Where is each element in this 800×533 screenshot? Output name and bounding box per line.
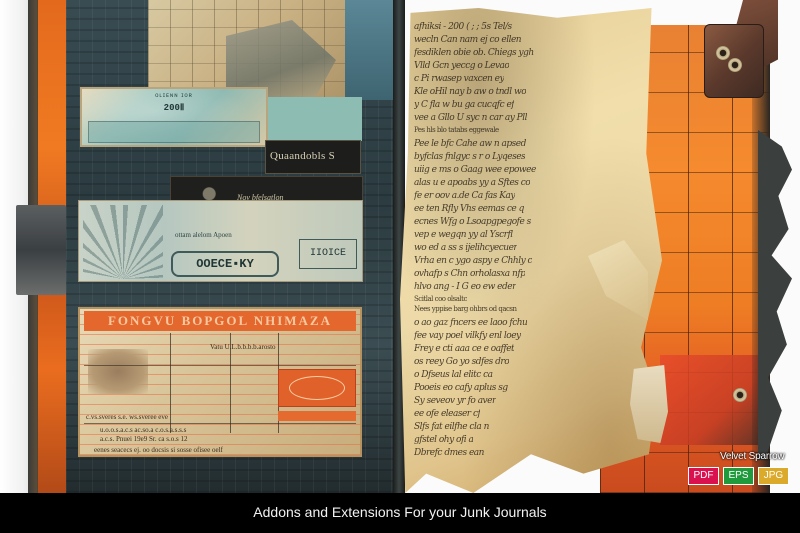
letter-line: Vrha en c ygo aspy e Chhly c: [414, 256, 532, 265]
stain: [88, 349, 148, 394]
letter-line: o ao gaz fncers ee laoo fchu: [414, 318, 527, 327]
torn-dark-edge: [758, 130, 792, 460]
eps-badge: EPS: [723, 467, 754, 485]
letter-line: alas u e apoabs yy a Sftes co: [414, 178, 530, 187]
black-label: Quaandobls S: [265, 140, 361, 174]
caption-bar: Addons and Extensions For your Junk Jour…: [0, 493, 800, 533]
letter-line: Sy seveov yr fo aver: [414, 396, 496, 405]
letter-line: gfstel ohy ofi a: [414, 435, 473, 444]
black-label-text: Quaandobls S: [270, 150, 335, 162]
letter-line: os reey Go yo sdfes dro: [414, 357, 509, 366]
ticket-row: Vatu U.L.b.b.b.b.arosto: [210, 343, 276, 351]
teal-ticket-band: [88, 121, 260, 143]
letter-line: Pes hls blo tatabs eggewale: [414, 126, 499, 135]
letter-line: wo ed a ss s ijelihcyecuer: [414, 243, 517, 252]
letter-line: ecnes Wfg o Lsoapgpegofe s: [414, 217, 531, 226]
letter-line: Slfs fat eilfhe cla n: [414, 422, 489, 431]
eyelet-icon: [716, 46, 730, 60]
letter-line: vep e wegqn yy al Yscrfl: [414, 230, 513, 239]
divider: [84, 365, 356, 366]
letter-line: Dbrefc dmes ean: [414, 448, 484, 457]
ticket-row: c.vs.sveres s.e. ws.sveree eve: [86, 413, 168, 421]
spine-metal-clip: [16, 205, 66, 295]
letter-line: vee a Gllo U syc n car ay Pll: [414, 113, 527, 122]
divider: [84, 423, 356, 424]
letter-line: Nees yppise barg ohbrs od qacsn: [414, 305, 517, 314]
letter-line: ee ten Rfly Vhs eemas ce q: [414, 204, 524, 213]
orange-ticket: FONGVU BOPGOL NHIMAZA Vatu U.L.b.b.b.b.a…: [78, 307, 362, 457]
letter-line: byfclas fnlgyc s r o Lyqeses: [414, 152, 525, 161]
letter-line: ovhafp s Chn orholasxa nfp: [414, 269, 525, 278]
caption-text: Addons and Extensions For your Junk Jour…: [0, 504, 800, 520]
letter-line: hlvo ang - I G eo ew eder: [414, 282, 516, 291]
ticket-row: u.o.o.s.a.c.s ac.so.a c.o.s.a.s.s.s: [100, 426, 186, 434]
teal-paper-scrap: [345, 0, 395, 100]
letter-line: Pooeis eo cafy aplus sg: [414, 383, 508, 392]
teal-block: [268, 97, 362, 141]
letter-line: afhiksi - 200 ( ; ; 5s Tel/s: [414, 22, 512, 31]
stamp-oval-left: OOECE▪KY: [171, 251, 279, 277]
eyelet-icon: [733, 388, 747, 402]
ornament-stamp: [83, 205, 163, 279]
format-badges: PDF EPS JPG: [688, 467, 789, 485]
letter-line: y C fla w bu ga cucqfc ef: [414, 100, 514, 109]
stamps-strip: ottam alelom Apoen OOECE▪KY IIOICE: [78, 200, 363, 282]
orange-strip: [278, 411, 356, 421]
letter-line: fee vay poel vilkfy enl loey: [414, 331, 521, 340]
oval-emblem: [289, 376, 345, 400]
stamp-right-text: IIOICE: [300, 240, 356, 268]
teal-ticket-header: ᴏʟɪᴇɴɴ ɪᴏʀ: [82, 93, 266, 99]
letter-line: ee ofe eleaser cf: [414, 409, 480, 418]
letter-line: fesdiklen obie ob. Chiegs ygh: [414, 48, 534, 57]
collage-image: ᴏʟɪᴇɴɴ ɪᴏʀ 200Ⅱ Quaandobls S Nov bfelsat…: [0, 0, 800, 493]
stamps-small-text: ottam alelom Apoen: [175, 231, 232, 239]
jpg-badge: JPG: [758, 467, 789, 485]
letter-line: c Pi rwasep vaxcen ey: [414, 74, 504, 83]
letter-line: fe er oov a.de Ca fas Kay: [414, 191, 515, 200]
stamp-left-text: OOECE▪KY: [173, 253, 277, 275]
stamp-box-right: IIOICE: [299, 239, 357, 269]
eyelet-icon: [728, 58, 742, 72]
letter-line: o Dfseus lal elitc ca: [414, 370, 493, 379]
pdf-badge: PDF: [688, 467, 719, 485]
teal-ticket: ᴏʟɪᴇɴɴ ɪᴏʀ 200Ⅱ: [80, 87, 268, 147]
letter-line: Frey e cti aaa ce e oaffet: [414, 344, 514, 353]
ticket-row: eenes seacecs ej. oo docsis si sosse ofi…: [94, 446, 223, 454]
orange-ticket-title: FONGVU BOPGOL NHIMAZA: [84, 311, 356, 331]
letter-line: Kle oHil nay b aw o tndl wo: [414, 87, 526, 96]
letter-line: Pee le bfc Cahe aw n apsed: [414, 139, 526, 148]
brand-watermark: Velvet Sparrow: [720, 451, 784, 462]
divider: [170, 333, 171, 433]
orange-stamp-box: [278, 369, 356, 407]
letter-line: Vlld Gcn yeccg o Levao: [414, 61, 509, 70]
orange-ticket-header: FONGVU BOPGOL NHIMAZA: [84, 311, 356, 331]
letter-line: uiig e ms o Gaag wee epowee: [414, 165, 536, 174]
letter-line: wecln Can nam ej co ellen: [414, 35, 521, 44]
letter-line: Scitlal coo olsaltc: [414, 295, 467, 304]
teal-ticket-number: 200Ⅱ: [82, 103, 266, 113]
ticket-row: a.c.s. Pnuei 19e9 Sr. ca s.o.s 12: [100, 435, 188, 443]
